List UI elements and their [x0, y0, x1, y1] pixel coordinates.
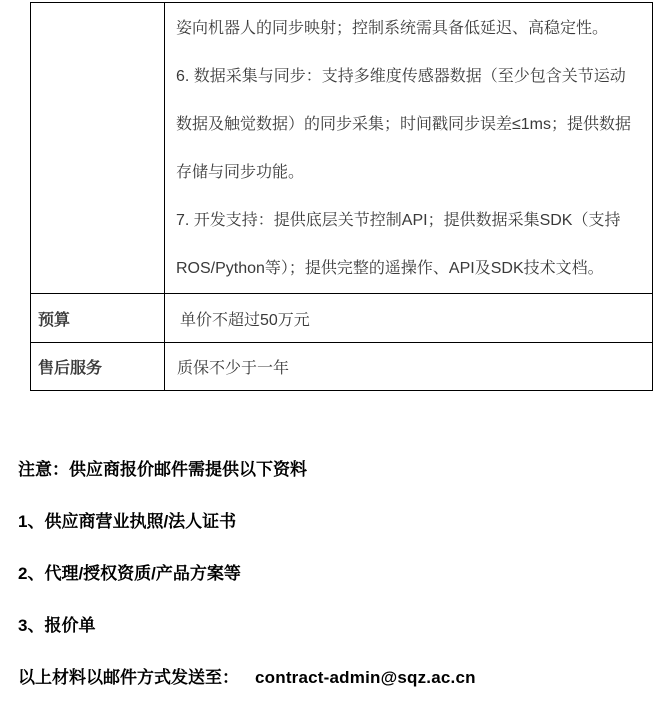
send-to-line: 以上材料以邮件方式发送至：contract-admin@sqz.ac.cn: [18, 652, 648, 701]
spec-text-line: 姿向机器人的同步映射；控制系统需具备低延迟、高稳定性。: [176, 5, 646, 53]
spec-text-line: ROS/Python等）；提供完整的遥操作、API及SDK技术文档。: [176, 245, 646, 293]
after-sales-label: 售后服务: [31, 343, 165, 391]
spec-text-line: 6. 数据采集与同步：支持多维度传感器数据（至少包含关节运动: [176, 53, 646, 101]
note-item-quotation: 3、报价单: [18, 600, 648, 652]
document-page: 姿向机器人的同步映射；控制系统需具备低延迟、高稳定性。 6. 数据采集与同步：支…: [0, 0, 663, 701]
table-row-after-sales: 售后服务 质保不少于一年: [31, 343, 653, 391]
table-row-spec-continuation: 姿向机器人的同步映射；控制系统需具备低延迟、高稳定性。 6. 数据采集与同步：支…: [31, 3, 653, 294]
note-item-agency-qualification: 2、代理/授权资质/产品方案等: [18, 548, 648, 600]
supplier-notes-section: 注意：供应商报价邮件需提供以下资料 1、供应商营业执照/法人证书 2、代理/授权…: [18, 444, 648, 701]
table-row-budget: 预算 单价不超过50万元: [31, 294, 653, 343]
spec-content-cell: 姿向机器人的同步映射；控制系统需具备低延迟、高稳定性。 6. 数据采集与同步：支…: [165, 3, 653, 294]
notes-heading: 注意：供应商报价邮件需提供以下资料: [18, 444, 648, 496]
spec-label-cell-empty: [31, 3, 165, 294]
budget-value: 单价不超过50万元: [165, 294, 653, 343]
send-to-label: 以上材料以邮件方式发送至：: [18, 668, 239, 687]
procurement-spec-table: 姿向机器人的同步映射；控制系统需具备低延迟、高稳定性。 6. 数据采集与同步：支…: [30, 2, 653, 391]
budget-label: 预算: [31, 294, 165, 343]
after-sales-value: 质保不少于一年: [165, 343, 653, 391]
note-item-business-license: 1、供应商营业执照/法人证书: [18, 496, 648, 548]
spec-text-line: 存储与同步功能。: [176, 149, 646, 197]
spec-text-line: 数据及触觉数据）的同步采集；时间戳同步误差≤1ms；提供数据: [176, 101, 646, 149]
spec-text-line: 7. 开发支持：提供底层关节控制API；提供数据采集SDK（支持: [176, 197, 646, 245]
contact-email: contract-admin@sqz.ac.cn: [255, 668, 476, 687]
